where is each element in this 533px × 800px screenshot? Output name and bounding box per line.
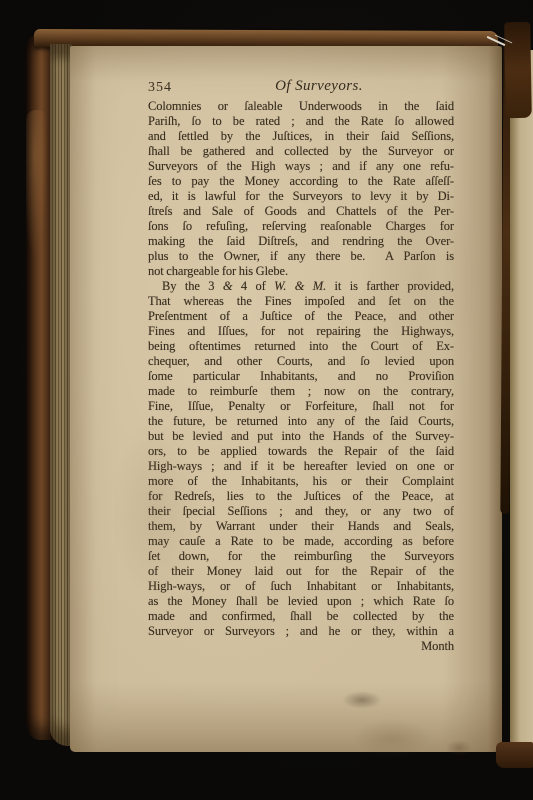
text-line: made and confirmed, ſhall be collected b… <box>148 609 454 624</box>
text-line: ſhall be gathered and collected by the S… <box>148 144 454 159</box>
text-line: By the 3 & 4 of W. & M. it is farther pr… <box>148 279 454 294</box>
text-line: being oftentimes returned into the Court… <box>148 339 454 354</box>
text-segment: it is farther provided, <box>326 279 454 293</box>
text-line: ſtreſs and Sale of Goods and Chattels of… <box>148 204 454 219</box>
text-segment: By the 3 <box>162 279 223 293</box>
text-line: plus to the Owner, if any there be. A Pa… <box>148 249 454 264</box>
text-line: Fine, Iſſue, Penalty or Forfeiture, ſhal… <box>148 399 454 414</box>
leather-corner-bottom-right <box>496 742 533 768</box>
italic-text-segment: W. & M. <box>274 279 326 293</box>
text-line: ſons ſo refuſing, reſerving reaſonable C… <box>148 219 454 234</box>
text-line: ſome particular Inhabitants, and no Prov… <box>148 369 454 384</box>
spine-wear-mark <box>26 110 48 260</box>
page-fore-edge <box>50 44 72 746</box>
text-line: chequer, and other Courts, and ſo levied… <box>148 354 454 369</box>
text-block: Colomnies or ſaleable Underwoods in the … <box>148 99 454 654</box>
text-line: of their Money laid out for the Repair o… <box>148 564 454 579</box>
text-line: Surveyors of the High ways ; and if any … <box>148 159 454 174</box>
text-line: them, by Warrant under their Hands and S… <box>148 519 454 534</box>
text-line: more of the Inhabitants, his or their Co… <box>148 474 454 489</box>
text-line: Colomnies or ſaleable Underwoods in the … <box>148 99 454 114</box>
text-line: Month <box>148 639 454 654</box>
page-stain <box>446 740 472 756</box>
text-line: but be levied and put into the Hands of … <box>148 429 454 444</box>
gutter-shadow <box>488 46 502 752</box>
text-line: may cauſe a Rate to be made, according a… <box>148 534 454 549</box>
text-line: as the Money ſhall be levied upon ; whic… <box>148 594 454 609</box>
text-line: ed, it is lawful for the Surveyors to le… <box>148 189 454 204</box>
text-line: for Redreſs, lies to the Juſtices of the… <box>148 489 454 504</box>
text-line: High-ways, or of ſuch Inhabitant or Inha… <box>148 579 454 594</box>
page-stain <box>342 691 382 709</box>
book-page: 354 Of Surveyors. Colomnies or ſaleable … <box>70 46 502 752</box>
text-segment: 4 of <box>232 279 274 293</box>
text-line: their ſpecial Seſſions ; and they, or an… <box>148 504 454 519</box>
adjacent-page-edge <box>510 50 533 750</box>
text-line: Pariſh, ſo to be rated ; and the Rate ſo… <box>148 114 454 129</box>
text-line: ſet down, for the reimburſing the Survey… <box>148 549 454 564</box>
text-line: Fines and Iſſues, for not repairing the … <box>148 324 454 339</box>
text-line: made to reimburſe them ; now on the cont… <box>148 384 454 399</box>
text-line: That whereas the Fines impoſed and ſet o… <box>148 294 454 309</box>
text-line: and ſettled by the Juſtices, in their ſa… <box>148 129 454 144</box>
text-line: ſes to pay the Money according to the Ra… <box>148 174 454 189</box>
leather-corner-top-right <box>504 22 532 118</box>
photo-background: 354 Of Surveyors. Colomnies or ſaleable … <box>0 0 533 800</box>
text-line: Surveyor or Surveyors ; and he or they, … <box>148 624 454 639</box>
text-line: ors, to be applied towards the Repair of… <box>148 444 454 459</box>
text-line: High-ways ; and if it be hereafter levie… <box>148 459 454 474</box>
running-header: Of Surveyors. <box>148 78 472 95</box>
page-stain <box>352 718 432 758</box>
text-line: the future, be returned into any of the … <box>148 414 454 429</box>
text-line: making the ſaid Diſtreſs, and rendring t… <box>148 234 454 249</box>
text-line: Preſentment of a Juſtice of the Peace, a… <box>148 309 454 324</box>
text-line: not chargeable for his Glebe. <box>148 264 454 279</box>
italic-text-segment: & <box>223 279 233 293</box>
